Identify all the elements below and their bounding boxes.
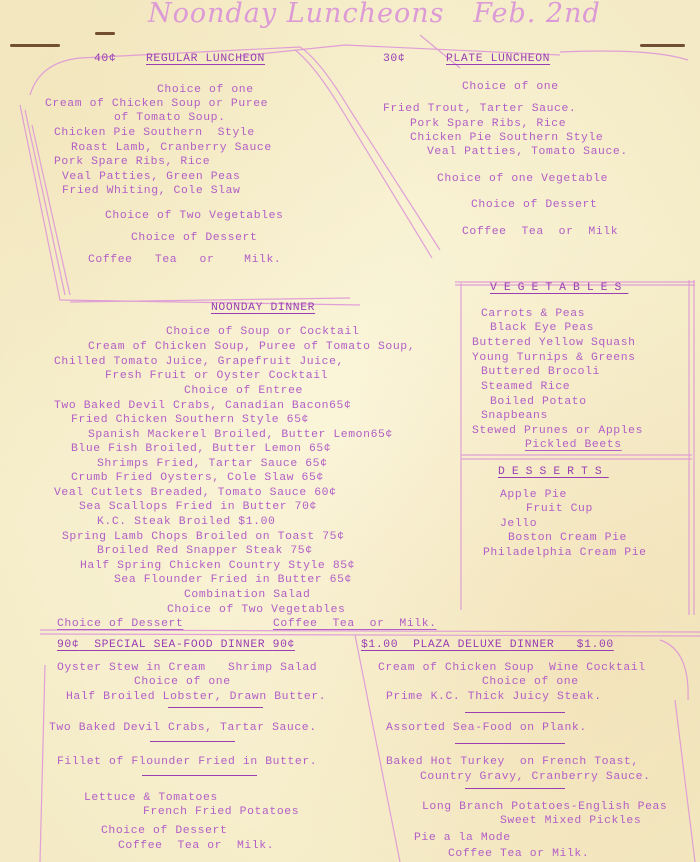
- entree-item: Crumb Fried Oysters, Cole Slaw 65¢: [71, 471, 324, 485]
- seafood-beverage-line: Coffee Tea or Milk.: [118, 839, 274, 853]
- entree-item: Blue Fish Broiled, Butter Lemon 65¢: [71, 442, 331, 456]
- menu-item: Pork Spare Ribs, Rice: [410, 117, 566, 131]
- plate-beverage-line: Coffee Tea or Milk: [462, 225, 618, 239]
- vegetable-item: Stewed Prunes or Apples: [472, 424, 643, 438]
- menu-item: Veal Patties, Tomato Sauce.: [427, 145, 628, 159]
- plaza-side: Long Branch Potatoes-English Peas: [422, 800, 667, 814]
- regular-luncheon-price: 40¢: [94, 52, 116, 66]
- rust-stain: [640, 44, 685, 47]
- menu-item: Chicken Pie Southern Style: [54, 126, 255, 140]
- seafood-side: French Fried Potatoes: [143, 805, 299, 819]
- dinner-soup-label: Choice of Soup or Cocktail: [166, 325, 359, 339]
- plaza-dessert-line: Pie a la Mode: [414, 831, 511, 845]
- entree-item: Shrimps Fried, Tartar Sauce 65¢: [97, 457, 328, 471]
- entree-item: K.C. Steak Broiled $1.00: [97, 515, 275, 529]
- divider: [150, 741, 235, 742]
- entree-item: Sea Scallops Fried in Butter 70¢: [79, 500, 317, 514]
- divider: [455, 743, 565, 744]
- seafood-side: Lettuce & Tomatoes: [84, 791, 218, 805]
- dinner-soup-line: Chilled Tomato Juice, Grapefruit Juice,: [54, 355, 344, 369]
- entree-price: 85¢: [333, 560, 355, 572]
- menu-title: Noonday Luncheons Feb. 2nd: [148, 0, 601, 29]
- entree-price: 75¢: [322, 531, 344, 543]
- plate-choice-label: Choice of one: [462, 80, 559, 94]
- vegetable-item: Steamed Rice: [481, 380, 570, 394]
- entree-price: 65¢: [287, 414, 309, 426]
- divider: [465, 712, 565, 713]
- plate-luncheon-title: PLATE LUNCHEON: [446, 52, 550, 66]
- seafood-item: Half Broiled Lobster, Drawn Butter.: [66, 690, 326, 704]
- dinner-soup-line: Cream of Chicken Soup, Puree of Tomato S…: [88, 340, 415, 354]
- dessert-item: Apple Pie: [500, 488, 567, 502]
- entree-price: $1.00: [238, 516, 275, 528]
- dessert-item: Fruit Cup: [526, 502, 593, 516]
- regular-vegetables-line: Choice of Two Vegetables: [105, 209, 283, 223]
- rust-stain: [10, 44, 60, 47]
- vegetable-item: Snapbeans: [481, 409, 548, 423]
- menu-item: Fried Trout, Tarter Sauce.: [383, 102, 576, 116]
- menu-item: Fried Whiting, Cole Slaw: [62, 184, 240, 198]
- seafood-starters: Oyster Stew in Cream Shrimp Salad: [57, 661, 317, 675]
- entree-price: 65¢: [329, 400, 351, 412]
- menu-item: Pork Spare Ribs, Rice: [54, 155, 210, 169]
- dessert-item: Jello: [500, 517, 537, 531]
- dinner-soup-line: Fresh Fruit or Oyster Cocktail: [105, 369, 328, 383]
- entree-item: Two Baked Devil Crabs, Canadian Bacon65¢: [54, 399, 351, 413]
- seafood-dinner-header: 90¢ SPECIAL SEA-FOOD DINNER 90¢: [57, 638, 295, 652]
- plaza-starters: Cream of Chicken Soup Wine Cocktail: [378, 661, 646, 675]
- entree-price: 65¢: [309, 443, 331, 455]
- menu-item: Veal Patties, Green Peas: [62, 170, 240, 184]
- plaza-item: Country Gravy, Cranberry Sauce.: [420, 770, 651, 784]
- divider: [142, 775, 257, 776]
- menu-item: Cream of Chicken Soup or Puree: [45, 97, 268, 111]
- plaza-item: Baked Hot Turkey on French Toast,: [386, 755, 639, 769]
- vegetable-item: Boiled Potato: [490, 395, 587, 409]
- menu-item: Roast Lamb, Cranberry Sauce: [71, 141, 272, 155]
- plate-vegetable-line: Choice of one Vegetable: [437, 172, 608, 186]
- plaza-item: Prime K.C. Thick Juicy Steak.: [386, 690, 602, 704]
- seafood-dessert-line: Choice of Dessert: [101, 824, 227, 838]
- menu-item: of Tomato Soup.: [114, 111, 226, 125]
- plate-dessert-line: Choice of Dessert: [471, 198, 597, 212]
- entree-item: Broiled Red Snapper Steak 75¢: [97, 544, 313, 558]
- entree-price: 70¢: [295, 501, 317, 513]
- entree-item: Veal Cutlets Breaded, Tomato Sauce 60¢: [54, 486, 337, 500]
- noonday-dinner-title: NOONDAY DINNER: [211, 301, 315, 315]
- entree-price: 65¢: [302, 472, 324, 484]
- desserts-title: DESSERTS: [498, 465, 609, 479]
- plaza-item: Assorted Sea-Food on Plank.: [386, 721, 587, 735]
- entree-item: Sea Flounder Fried in Butter 65¢: [114, 573, 352, 587]
- entree-price: 65¢: [305, 458, 327, 470]
- vegetable-item: Carrots & Peas: [481, 307, 585, 321]
- seafood-choice-label: Choice of one: [134, 675, 231, 689]
- dessert-item: Boston Cream Pie: [508, 531, 627, 545]
- dinner-vegetables-line: Choice of Two Vegetables: [167, 603, 345, 617]
- entree-item: Spanish Mackerel Broiled, Butter Lemon65…: [88, 428, 393, 442]
- divider: [168, 707, 263, 708]
- entree-price: 60¢: [314, 487, 336, 499]
- plaza-beverage-line: Coffee Tea or Milk.: [448, 847, 589, 861]
- regular-choice-label: Choice of one: [157, 83, 254, 97]
- dinner-salad-line: Combination Salad: [184, 588, 310, 602]
- divider: [465, 788, 565, 789]
- entree-price: 65¢: [371, 429, 393, 441]
- plaza-dinner-header: $1.00 PLAZA DELUXE DINNER $1.00: [361, 638, 614, 652]
- dessert-item: Philadelphia Cream Pie: [483, 546, 647, 560]
- plaza-choice-label: Choice of one: [482, 675, 579, 689]
- seafood-item: Fillet of Flounder Fried in Butter.: [57, 755, 317, 769]
- entree-item: Fried Chicken Southern Style 65¢: [71, 413, 309, 427]
- rust-stain: [95, 32, 115, 35]
- vegetable-item: Buttered Yellow Squash: [472, 336, 636, 350]
- regular-beverage-line: Coffee Tea or Milk.: [88, 253, 281, 267]
- plaza-side: Sweet Mixed Pickles: [500, 814, 641, 828]
- vegetable-item: Black Eye Peas: [490, 321, 594, 335]
- regular-luncheon-title: REGULAR LUNCHEON: [146, 52, 265, 66]
- vegetable-item: Pickled Beets: [525, 438, 622, 452]
- entree-price: 75¢: [290, 545, 312, 557]
- vegetable-item: Young Turnips & Greens: [472, 351, 636, 365]
- entree-item: Half Spring Chicken Country Style 85¢: [80, 559, 355, 573]
- plate-luncheon-price: 30¢: [383, 52, 405, 66]
- dinner-dessert-line: Choice of Dessert: [57, 617, 183, 631]
- dinner-entree-label: Choice of Entree: [184, 384, 303, 398]
- regular-dessert-line: Choice of Dessert: [131, 231, 257, 245]
- dinner-beverage-line: Coffee Tea or Milk.: [273, 617, 437, 631]
- vegetables-title: VEGETABLES: [490, 281, 628, 295]
- menu-item: Chicken Pie Southern Style: [410, 131, 603, 145]
- entree-price: 65¢: [330, 574, 352, 586]
- vegetable-item: Buttered Brocoli: [481, 365, 600, 379]
- seafood-item: Two Baked Devil Crabs, Tartar Sauce.: [49, 721, 317, 735]
- entree-item: Spring Lamb Chops Broiled on Toast 75¢: [62, 530, 345, 544]
